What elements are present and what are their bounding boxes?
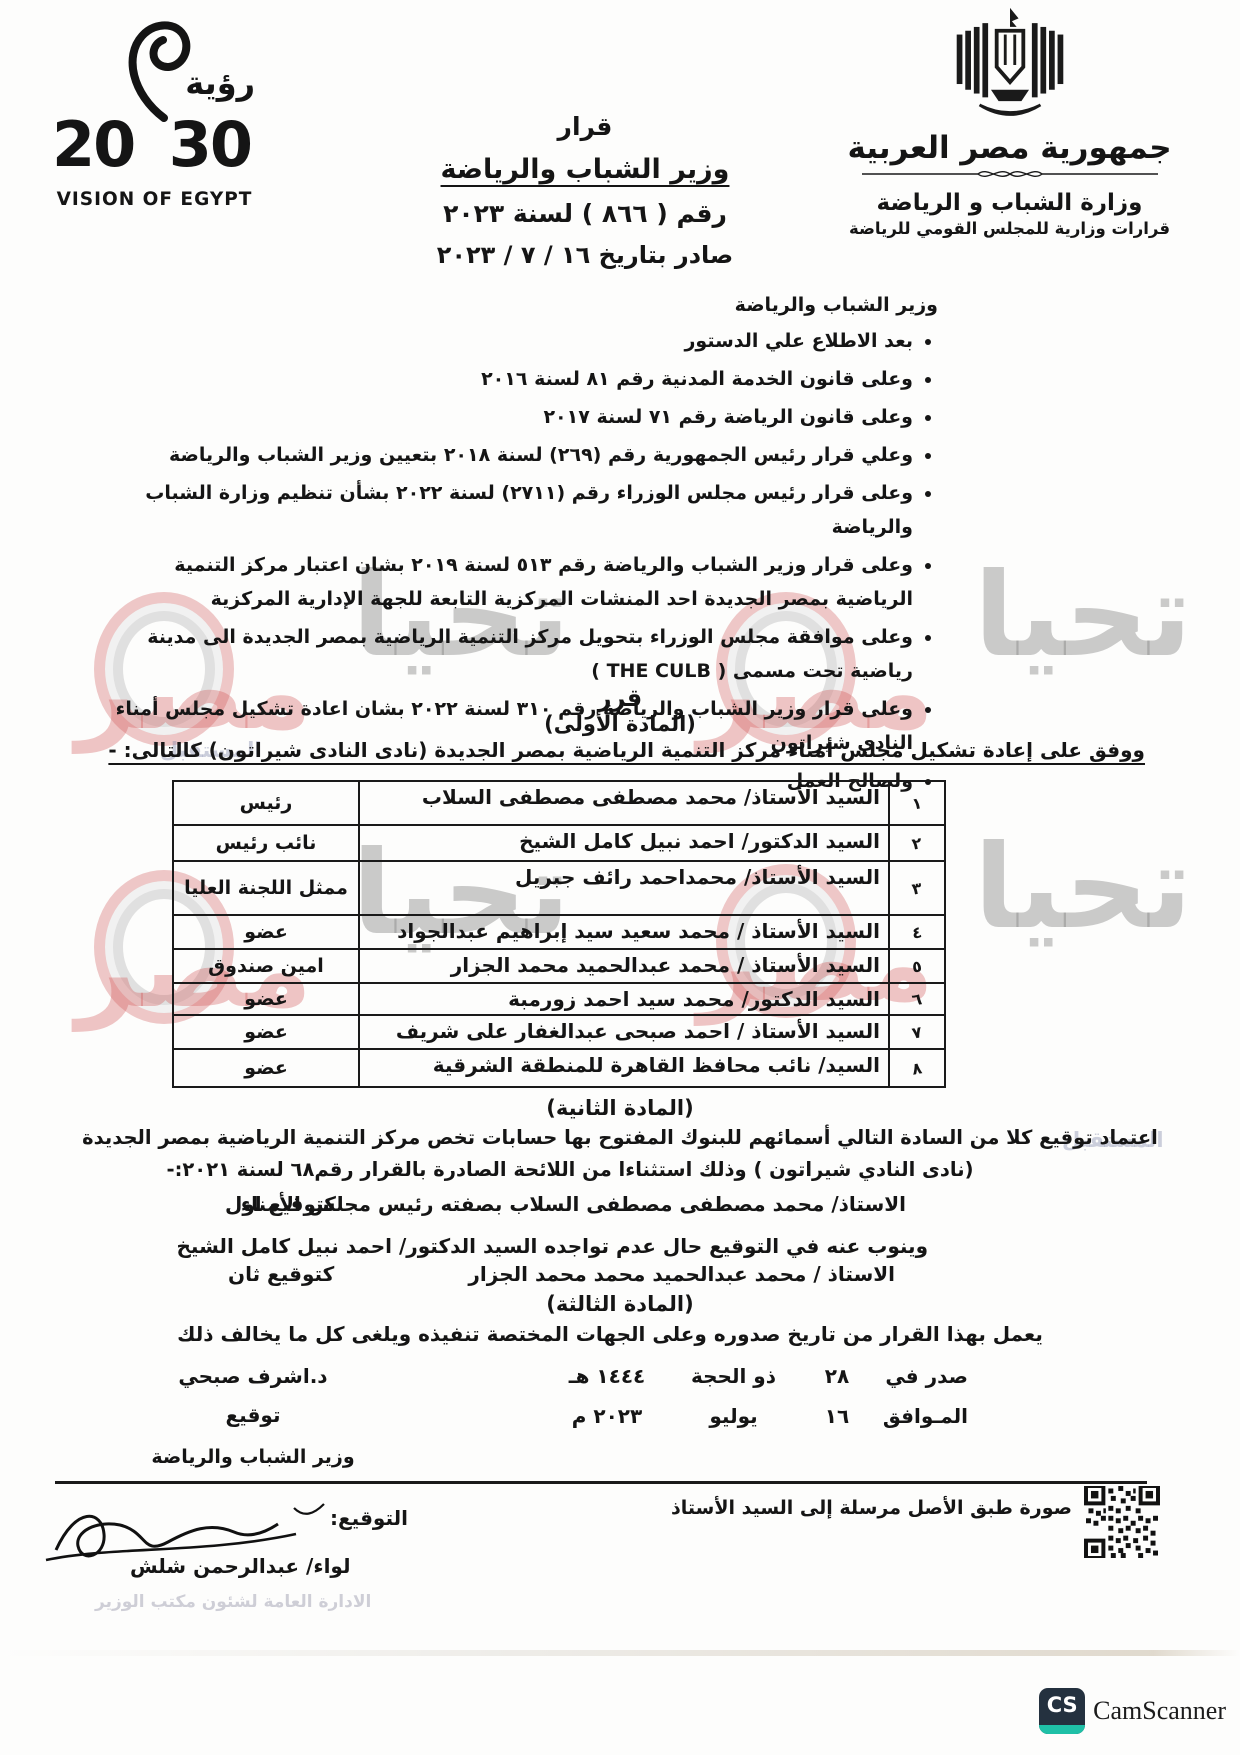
second-signatory-name: الاستاذ / محمد عبدالحميد محمد محمد الجزا…: [468, 1262, 895, 1286]
preamble-item: بعد الاطلاع علي الدستور: [92, 324, 913, 358]
officer-name: لواء/ عبدالرحمن شلش: [130, 1554, 350, 1578]
member-name-cell: السيد/ نائب محافظ القاهرة للمنطقة الشرقي…: [359, 1049, 889, 1087]
decree-issuer: وزير الشباب والرياضة: [370, 154, 800, 185]
ornamental-divider-icon: [860, 166, 1160, 182]
member-number-cell: ٥: [889, 949, 945, 983]
member-number-cell: ٢: [889, 825, 945, 861]
camscanner-badge-icon: CS: [1039, 1688, 1085, 1734]
member-name-cell: السيد الدكتور/ احمد نبيل كامل الشيخ: [359, 825, 889, 861]
preamble-item: وعلى موافقة مجلس الوزراء بتحويل مركز الت…: [92, 620, 913, 688]
member-number-cell: ٤: [889, 915, 945, 949]
certified-copy-note: صورة طبق الأصل مرسلة إلى السيد الأستاذ: [671, 1497, 1072, 1519]
hijri-year: ١٤٤٤ هـ: [548, 1364, 666, 1388]
member-role-cell: عضو: [173, 915, 359, 949]
member-number-cell: ٧: [889, 1015, 945, 1049]
minister-name: د.اشرف صبحي: [146, 1364, 360, 1388]
member-number-cell: ٣: [889, 861, 945, 915]
member-name-cell: السيد الأستاذ/ محمداحمد رائف جبريل: [359, 861, 889, 915]
gregorian-month: يوليو: [666, 1404, 801, 1428]
table-row: ٥ السيد الأستاذ / محمد عبدالحميد محمد ال…: [173, 949, 945, 983]
table-row: ١ السيد الأستاذ/ محمد مصطفى مصطفى السلاب…: [173, 781, 945, 825]
preamble-intro: وزير الشباب والرياضة: [92, 294, 938, 316]
table-row: ٧ السيد الأستاذ / احمد صبحى عبدالغفار عل…: [173, 1015, 945, 1049]
footer-divider: [55, 1481, 1147, 1484]
table-row: ٦ السيد الدكتور/ محمد سيد احمد زورمبة عض…: [173, 983, 945, 1015]
logo-digits-20: 20: [52, 108, 134, 181]
article-2-text-line-2: (نادى النادي شيراتون ) وذلك استثناءا من …: [0, 1158, 1140, 1181]
member-number-cell: ٨: [889, 1049, 945, 1087]
logo-arabic-word: رؤية: [185, 64, 255, 102]
table-row: ٨ السيد/ نائب محافظ القاهرة للمنطقة الشر…: [173, 1049, 945, 1087]
article-2-heading: (المادة الثانية): [0, 1096, 1240, 1120]
member-role-cell: عضو: [173, 983, 359, 1015]
ministry-subtitle: قرارات وزارية للمجلس القومي للرياضة: [807, 219, 1212, 238]
scan-smudge-line: [0, 1650, 1240, 1656]
preamble-item: وعلى قرار رئيس مجلس الوزراء رقم (٢٧١١) ل…: [92, 476, 913, 544]
article-3-heading: (المادة الثالثة): [0, 1292, 1240, 1316]
minister-title: وزير الشباب والرياضة: [146, 1446, 360, 1468]
table-row: ٢ السيد الدكتور/ احمد نبيل كامل الشيخ نا…: [173, 825, 945, 861]
first-signatory-name: الاستاذ/ محمد مصطفى مصطفى السلاب بصفته ر…: [241, 1192, 906, 1216]
republic-calligraphy: جمهورية مصر العربية: [807, 130, 1212, 166]
member-number: ٦: [911, 989, 924, 1009]
decree-word: قرار: [370, 112, 800, 141]
board-of-trustees-table: ١ السيد الأستاذ/ محمد مصطفى مصطفى السلاب…: [172, 780, 946, 1088]
gregorian-year: ٢٠٢٣ م: [548, 1404, 666, 1428]
article-1-text: ووفق على إعادة تشكيل مجلس أمناء مركز الت…: [90, 738, 1145, 762]
member-role-cell: عضو: [173, 1049, 359, 1087]
issuance-date-block: صدر في ٢٨ ذو الحجة ١٤٤٤ هـ المـوافق ١٦ ي…: [548, 1364, 968, 1428]
first-signature-tag: كتوقيع اول: [225, 1192, 336, 1216]
member-role-cell: رئيس: [173, 781, 359, 825]
corresponding-label: المـوافق: [873, 1404, 968, 1428]
gregorian-day: ١٦: [801, 1404, 873, 1428]
member-name-cell: السيد الدكتور/ محمد سيد احمد زورمبة: [359, 983, 889, 1015]
ministry-name: وزارة الشباب و الرياضة: [807, 190, 1212, 216]
preamble-item: وعلى قانون الرياضة رقم ٧١ لسنة ٢٠١٧: [92, 400, 913, 434]
member-number: ٤: [911, 922, 924, 942]
decree-number: رقم ( ٨٦٦ ) لسنة ٢٠٢٣: [370, 199, 800, 228]
watermark-word-1: تحيا: [974, 820, 1192, 955]
preamble-item: وعلى قانون الخدمة المدنية رقم ٨١ لسنة ٢٠…: [92, 362, 913, 396]
scanned-decree-document: تحيا مصر تحيا مصر تحيا مصر تحيا مصر المس…: [0, 0, 1240, 1755]
preamble-item: وعلي قرار رئيس الجمهورية رقم (٢٦٩) لسنة …: [92, 438, 913, 472]
table-row: ٤ السيد الأستاذ / محمد سعيد سيد إبراهيم …: [173, 915, 945, 949]
watermark-word-1: تحيا: [974, 548, 1192, 683]
member-number-cell: ١: [889, 781, 945, 825]
article-1-heading: (المادة الأولى): [0, 712, 1240, 736]
camscanner-wordmark: CamScanner: [1093, 1696, 1226, 1726]
member-number-cell: ٦: [889, 983, 945, 1015]
vision-2030-logo: رؤية 20 30 VISION OF EGYPT: [52, 12, 257, 210]
decided-heading: قرر: [0, 684, 1240, 712]
table-row: ٣ السيد الأستاذ/ محمداحمد رائف جبريل ممث…: [173, 861, 945, 915]
qr-code-icon: [1084, 1486, 1160, 1558]
logo-caption: VISION OF EGYPT: [52, 189, 257, 210]
member-number: ٢: [911, 833, 924, 853]
camscanner-badge-letters: CS: [1039, 1693, 1085, 1717]
hijri-month: ذو الحجة: [666, 1364, 801, 1388]
member-number: ١: [911, 793, 924, 813]
member-number: ٨: [911, 1058, 924, 1078]
faint-office-stamp: الادارة العامة لشئون مكتب الوزير: [95, 1592, 371, 1612]
issued-on-label: صدر في: [873, 1364, 968, 1388]
ministry-header-block: جمهورية مصر العربية وزارة الشباب و الريا…: [807, 6, 1212, 238]
minister-signature-block: د.اشرف صبحي توقيع وزير الشباب والرياضة: [146, 1364, 360, 1468]
decree-date: صادر بتاريخ ١٦ / ٧ / ٢٠٢٣: [370, 241, 800, 269]
member-name-cell: السيد الأستاذ / احمد صبحى عبدالغفار على …: [359, 1015, 889, 1049]
signature-placeholder: توقيع: [146, 1403, 360, 1427]
member-number: ٣: [911, 878, 924, 898]
member-role-cell: ممثل اللجنة العليا: [173, 861, 359, 915]
signature-label: التوقيع:: [330, 1506, 408, 1530]
second-signature-tag: كتوقيع ثان: [228, 1262, 334, 1286]
member-number: ٥: [911, 956, 924, 976]
article-3-text: يعمل بهذا القرار من تاريخ صدوره وعلى الج…: [40, 1322, 1180, 1346]
hijri-day: ٢٨: [801, 1364, 873, 1388]
member-number: ٧: [911, 1022, 924, 1042]
article-2-text-line-1: اعتماد توقيع كلا من السادة التالي أسمائه…: [45, 1126, 1195, 1149]
preamble-item: وعلى قرار وزير الشباب والرياضة رقم ٥١٣ ل…: [92, 548, 913, 616]
member-name-cell: السيد الأستاذ/ محمد مصطفى مصطفى السلاب: [359, 781, 889, 825]
decree-title-block: قرار وزير الشباب والرياضة رقم ( ٨٦٦ ) لس…: [370, 112, 800, 269]
member-name-cell: السيد الأستاذ / محمد سعيد سيد إبراهيم عب…: [359, 915, 889, 949]
egypt-eagle-emblem-icon: [952, 6, 1068, 124]
member-name-cell: السيد الأستاذ / محمد عبدالحميد محمد الجز…: [359, 949, 889, 983]
member-role-cell: نائب رئيس: [173, 825, 359, 861]
logo-digits-30: 30: [169, 108, 251, 181]
member-role-cell: عضو: [173, 1015, 359, 1049]
deputy-signatory-line: وينوب عنه في التوقيع حال عدم تواجده السي…: [177, 1234, 929, 1258]
camscanner-logo: CS CamScanner: [1039, 1688, 1226, 1734]
member-role-cell: امين صندوق: [173, 949, 359, 983]
